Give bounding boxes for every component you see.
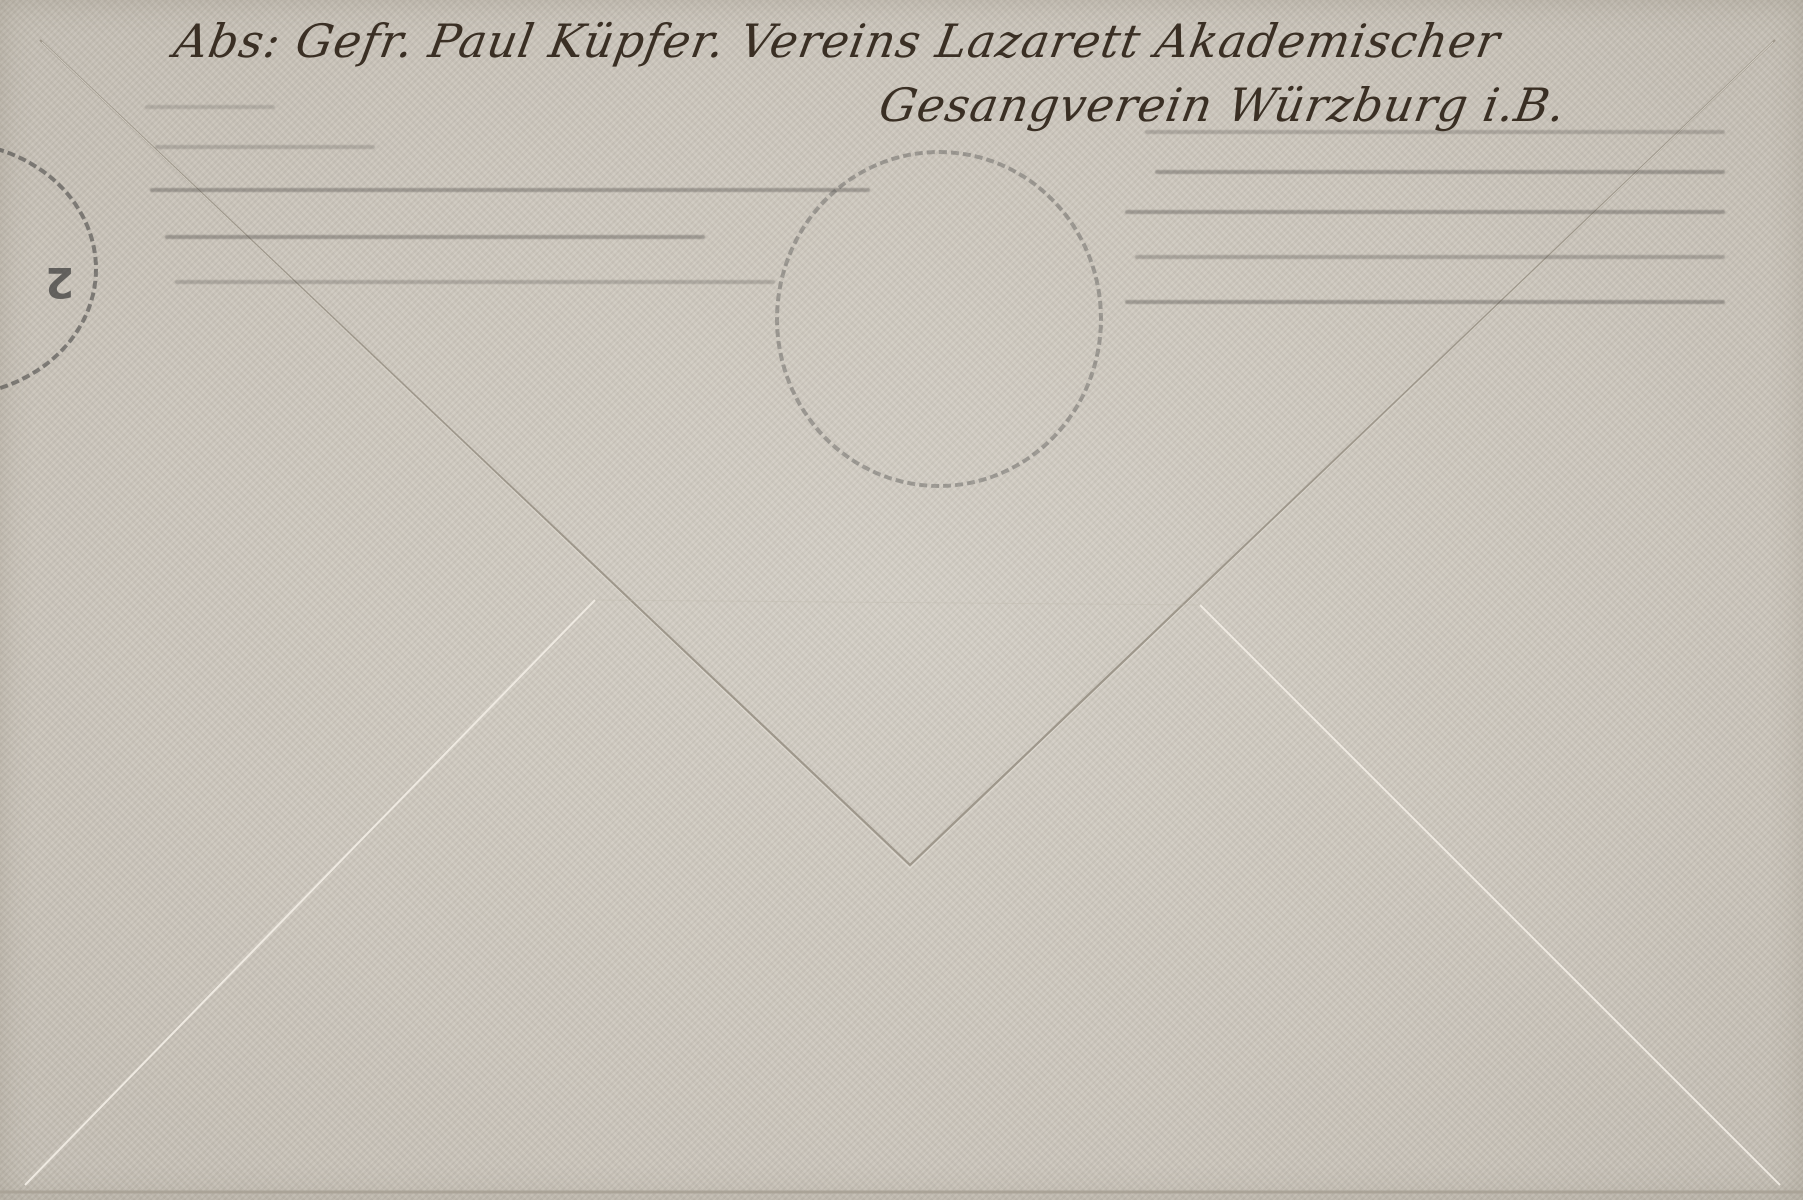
sender-address-line-2: Gesangverein Würzburg i.B.: [875, 78, 1570, 132]
sender-address-line-1: Abs: Gefr. Paul Küpfer. Vereins Lazarett…: [170, 14, 1504, 68]
envelope-back: 2 Abs: Gefr. Paul Küpfer. Vereins Lazare…: [0, 0, 1803, 1200]
postmark-center: [775, 150, 1103, 488]
postmark-left-number: 2: [45, 258, 74, 307]
